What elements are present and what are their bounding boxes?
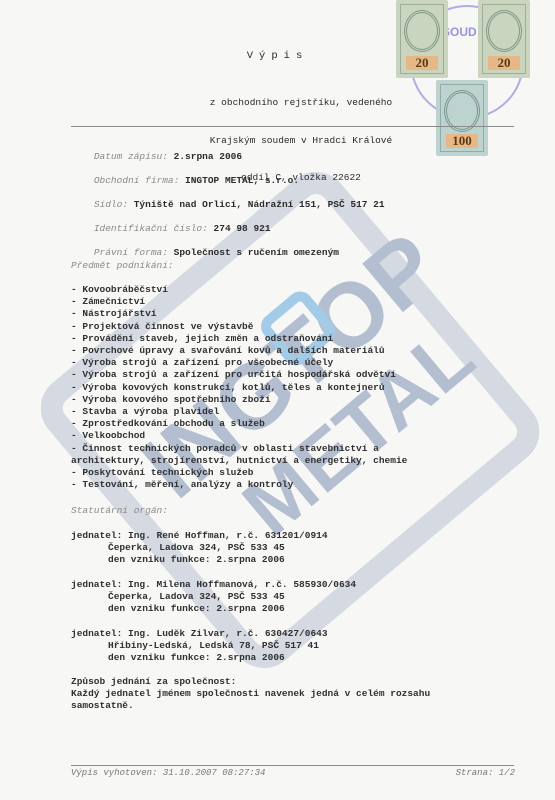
field-label: Právní forma: <box>94 247 168 258</box>
business-item: - Výroba strojů a zařízení pro všeobecné… <box>71 357 407 369</box>
acting-heading: Způsob jednání za společnost: <box>71 676 430 688</box>
stamp-seal-icon <box>486 10 522 52</box>
acting-text: Každý jednatel jménem společnosti navene… <box>71 688 430 700</box>
business-list: - Kovoobráběčství- Zámečnictví- Nástrojá… <box>71 284 407 491</box>
field-value: 2.srpna 2006 <box>174 151 242 162</box>
person-name: jednatel: Ing. Luděk Zilvar, r.č. 630427… <box>71 628 328 640</box>
stamp-seal-icon <box>404 10 440 52</box>
field-label: Obchodní firma: <box>94 175 180 186</box>
person-start-date: den vzniku funkce: 2.srpna 2006 <box>71 652 328 664</box>
business-item: - Nástrojářství <box>71 308 407 320</box>
person-name: jednatel: Ing. René Hoffman, r.č. 631201… <box>71 530 328 542</box>
business-item: - Zámečnictví <box>71 296 407 308</box>
footer-divider <box>71 765 514 766</box>
business-item: - Kovoobráběčství <box>71 284 407 296</box>
person-address: Čeperka, Ladova 324, PSČ 533 45 <box>71 542 328 554</box>
business-item: - Projektová činnost ve výstavbě <box>71 321 407 333</box>
subtitle-line: z obchodního rejstříku, vedeného <box>150 97 452 110</box>
field-value: Týniště nad Orlicí, Nádražní 151, PSČ 51… <box>134 199 385 210</box>
page-number: Strana: 1/2 <box>456 768 515 778</box>
business-item: - Výroba kovových konstrukcí, kotlů, těl… <box>71 382 407 394</box>
statutory-heading: Statutární orgán: <box>71 505 168 516</box>
business-item: - Velkoobchod <box>71 430 407 442</box>
field-value: 274 98 921 <box>214 223 271 234</box>
business-item: architektury, strojírenství, hutnictví a… <box>71 455 407 467</box>
field-value: INGTOP METAL, s.r.o. <box>185 175 299 186</box>
person-address: Hřibiny-Ledská, Ledská 78, PSČ 517 41 <box>71 640 328 652</box>
business-item: - Činnost technických poradců v oblasti … <box>71 443 407 455</box>
business-item: - Povrchové úpravy a svařování kovů a da… <box>71 345 407 357</box>
person-address: Čeperka, Ladova 324, PSČ 533 45 <box>71 591 356 603</box>
person-start-date: den vzniku funkce: 2.srpna 2006 <box>71 554 328 566</box>
header-divider <box>71 126 514 127</box>
business-item: - Provádění staveb, jejich změn a odstra… <box>71 333 407 345</box>
person-entry: jednatel: Ing. Milena Hoffmanová, r.č. 5… <box>71 579 356 616</box>
business-item: - Výroba strojů a zařízení pro určitá ho… <box>71 369 407 381</box>
field-label: Datum zápisu: <box>94 151 168 162</box>
acting-text: samostatně. <box>71 700 430 712</box>
business-item: - Poskytování technických služeb <box>71 467 407 479</box>
person-entry: jednatel: Ing. Luděk Zilvar, r.č. 630427… <box>71 628 328 665</box>
acting-section: Způsob jednání za společnost: Každý jedn… <box>71 676 430 713</box>
business-item: - Výroba kovového spotřebního zboží <box>71 394 407 406</box>
field-label: Identifikační číslo: <box>94 223 208 234</box>
person-name: jednatel: Ing. Milena Hoffmanová, r.č. 5… <box>71 579 356 591</box>
business-heading: Předmět podnikání: <box>71 260 174 271</box>
document-page: INGTOP METAL SOUD 20 20 100 Výpis z obch… <box>0 0 555 800</box>
business-item: - Zprostředkování obchodu a služeb <box>71 418 407 430</box>
field-label: Sídlo: <box>94 199 128 210</box>
person-start-date: den vzniku funkce: 2.srpna 2006 <box>71 603 356 615</box>
business-item: - Testování, měření, analýzy a kontroly <box>71 479 407 491</box>
field-value: Společnost s ručením omezeným <box>174 247 339 258</box>
document-title: Výpis <box>0 50 555 62</box>
generated-timestamp: Výpis vyhotoven: 31.10.2007 08:27:34 <box>71 768 265 778</box>
business-item: - Stavba a výroba plavidel <box>71 406 407 418</box>
person-entry: jednatel: Ing. René Hoffman, r.č. 631201… <box>71 530 328 567</box>
revenue-stamp-20-a: 20 <box>396 0 448 78</box>
revenue-stamp-20-b: 20 <box>478 0 530 78</box>
